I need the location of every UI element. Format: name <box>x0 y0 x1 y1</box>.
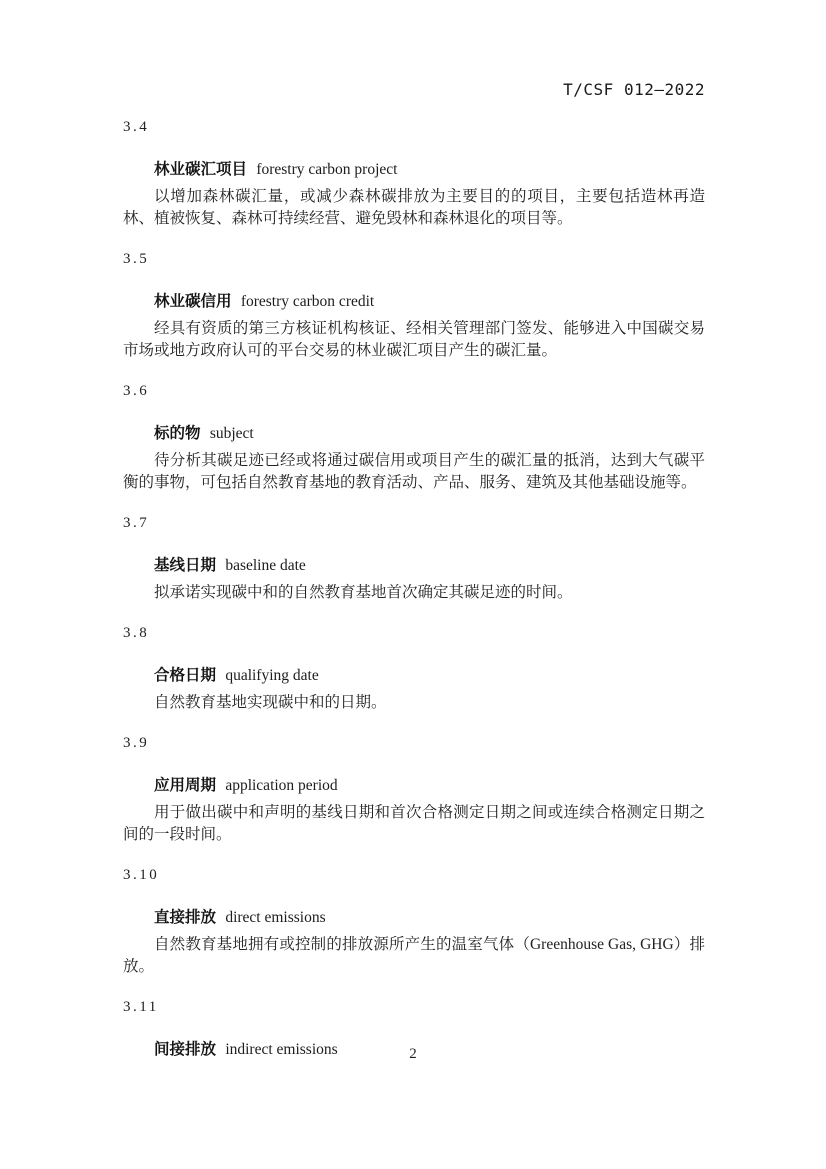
term-english: qualifying date <box>225 667 318 684</box>
term-definition: 自然教育基地拥有或控制的排放源所产生的温室气体（Greenhouse Gas, … <box>123 934 705 978</box>
definition-clause: 3.5 林业碳信用forestry carbon credit 经具有资质的第三… <box>123 248 705 362</box>
clause-number: 3.8 <box>123 622 705 644</box>
definition-clause: 3.10 直接排放direct emissions 自然教育基地拥有或控制的排放… <box>123 864 705 978</box>
term-definition: 待分析其碳足迹已经或将通过碳信用或项目产生的碳汇量的抵消，达到大气碳平衡的事物，… <box>123 450 705 494</box>
term-line: 基线日期baseline date <box>123 555 705 577</box>
term-definition: 自然教育基地实现碳中和的日期。 <box>123 692 705 714</box>
term-line: 标的物subject <box>123 423 705 445</box>
term-line: 合格日期qualifying date <box>123 665 705 687</box>
term-chinese: 应用周期 <box>154 777 216 794</box>
terms-and-definitions-section: 3.4 林业碳汇项目forestry carbon project 以增加森林碳… <box>123 0 705 1061</box>
term-chinese: 林业碳信用 <box>154 293 232 310</box>
term-line: 直接排放direct emissions <box>123 907 705 929</box>
term-line: 林业碳信用forestry carbon credit <box>123 291 705 313</box>
clause-number: 3.6 <box>123 380 705 402</box>
term-english: application period <box>225 777 337 794</box>
clause-number: 3.11 <box>123 996 705 1018</box>
term-english: subject <box>210 425 254 442</box>
definition-clause: 3.8 合格日期qualifying date 自然教育基地实现碳中和的日期。 <box>123 622 705 714</box>
clause-number: 3.4 <box>123 116 705 138</box>
term-line: 应用周期application period <box>123 775 705 797</box>
document-page: T/CSF 012—2022 3.4 林业碳汇项目forestry carbon… <box>0 0 826 1169</box>
clause-number: 3.7 <box>123 512 705 534</box>
term-chinese: 直接排放 <box>154 909 216 926</box>
clause-number: 3.5 <box>123 248 705 270</box>
term-chinese: 基线日期 <box>154 557 216 574</box>
definition-clause: 3.4 林业碳汇项目forestry carbon project 以增加森林碳… <box>123 116 705 230</box>
page-number: 2 <box>0 1046 826 1063</box>
definition-clause: 3.7 基线日期baseline date 拟承诺实现碳中和的自然教育基地首次确… <box>123 512 705 604</box>
term-definition: 用于做出碳中和声明的基线日期和首次合格测定日期之间或连续合格测定日期之间的一段时… <box>123 802 705 846</box>
term-english: forestry carbon project <box>256 161 397 178</box>
definition-clause: 3.6 标的物subject 待分析其碳足迹已经或将通过碳信用或项目产生的碳汇量… <box>123 380 705 494</box>
term-line: 林业碳汇项目forestry carbon project <box>123 159 705 181</box>
definition-clause: 3.9 应用周期application period 用于做出碳中和声明的基线日… <box>123 732 705 846</box>
term-definition: 经具有资质的第三方核证机构核证、经相关管理部门签发、能够进入中国碳交易市场或地方… <box>123 318 705 362</box>
clause-number: 3.9 <box>123 732 705 754</box>
term-definition: 拟承诺实现碳中和的自然教育基地首次确定其碳足迹的时间。 <box>123 582 705 604</box>
term-definition: 以增加森林碳汇量，或减少森林碳排放为主要目的的项目，主要包括造林再造林、植被恢复… <box>123 186 705 230</box>
term-english: baseline date <box>225 557 305 574</box>
term-chinese: 林业碳汇项目 <box>154 161 247 178</box>
clause-number: 3.10 <box>123 864 705 886</box>
term-english: forestry carbon credit <box>241 293 374 310</box>
term-chinese: 合格日期 <box>154 667 216 684</box>
term-chinese: 标的物 <box>154 425 201 442</box>
term-english: direct emissions <box>225 909 325 926</box>
